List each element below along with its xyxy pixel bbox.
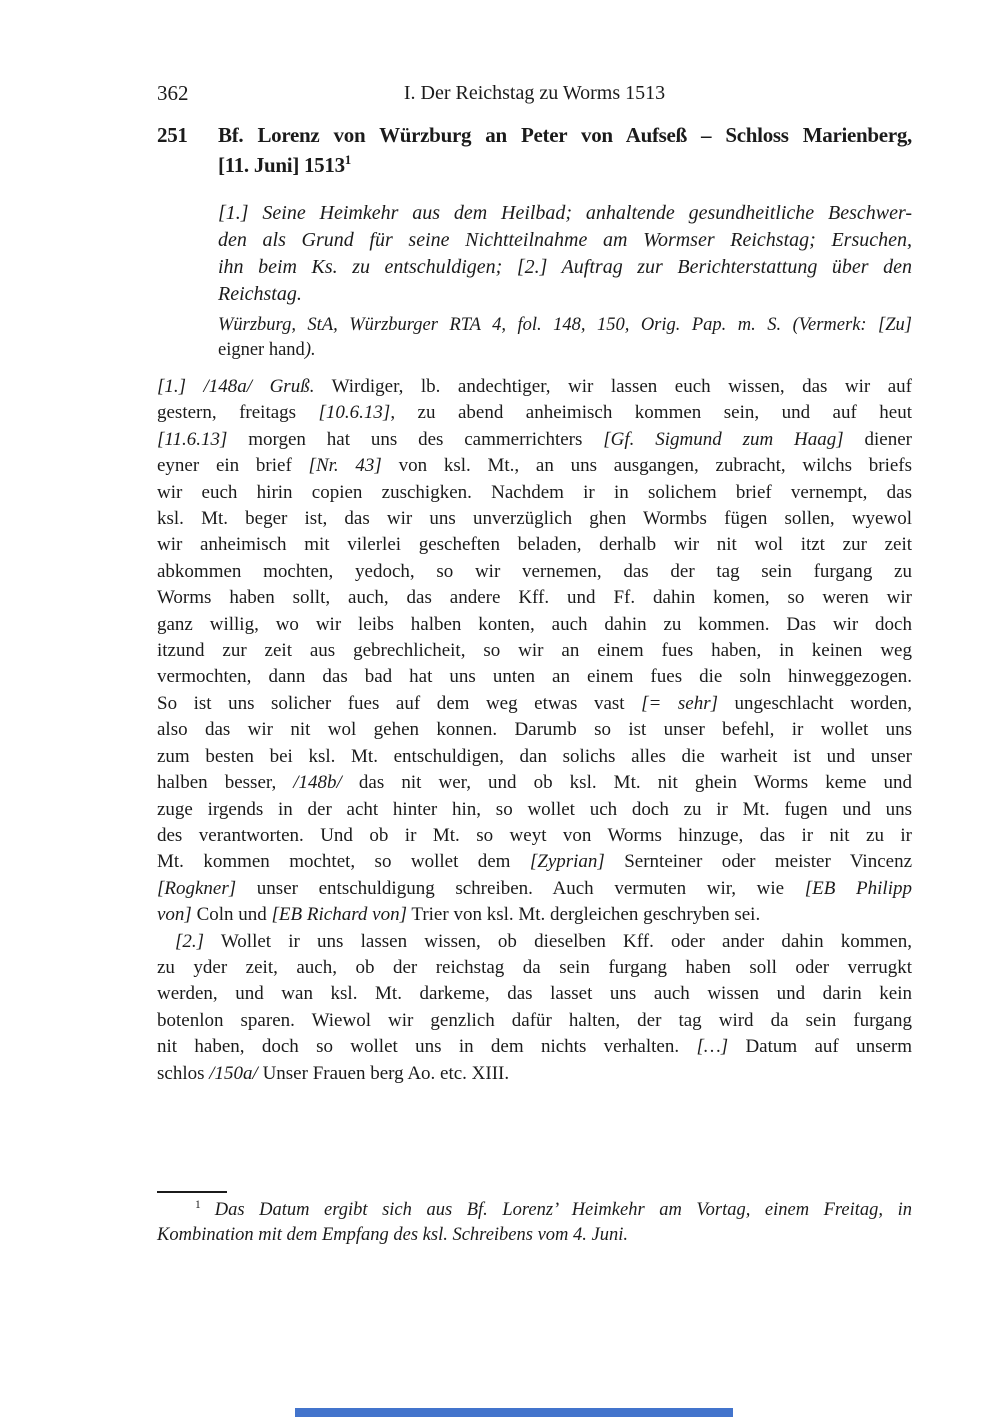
footnote-separator — [157, 1191, 227, 1193]
text-line: ganz willig, wo wir leibs halben konten,… — [157, 612, 912, 638]
letter-paragraph-1: [1.] /148a/ Gruß. Wirdiger, lb. andechti… — [157, 374, 912, 929]
entry-title: Bf. Lorenz von Würzburg an Peter von Auf… — [218, 120, 912, 180]
text-line: Würzburg, StA, Würzburger RTA 4, fol. 14… — [218, 313, 912, 338]
entry-title-row: 251 Bf. Lorenz von Würzburg an Peter von… — [157, 120, 912, 180]
text-line: [1.] Seine Heimkehr aus dem Heilbad; anh… — [218, 200, 912, 227]
text-line: halben besser, /148b/ das nit wer, und o… — [157, 770, 912, 796]
book-page: 362 I. Der Reichstag zu Worms 1513 251 B… — [0, 0, 1004, 1418]
text-line: itzund zur zeit aus gebrechlicheit, so w… — [157, 638, 912, 664]
bottom-progress-bar — [295, 1408, 733, 1417]
text-line: des verantworten. Und ob ir Mt. so weyt … — [157, 823, 912, 849]
text-line: [2.] Wollet ir uns lassen wissen, ob die… — [157, 929, 912, 955]
text-line: zum besten bei ksl. Mt. entschuldigen, d… — [157, 744, 912, 770]
entry-summary: [1.] Seine Heimkehr aus dem Heilbad; anh… — [218, 200, 912, 308]
text-line: zu yder zeit, auch, ob der reichstag da … — [157, 955, 912, 981]
text-line: botenlon sparen. Wiewol wir genzlich daf… — [157, 1008, 912, 1034]
text-line: den als Grund für seine Nichtteilnahme a… — [218, 227, 912, 254]
text-line: 1Das Datum ergibt sich aus Bf. Lorenz’ H… — [157, 1198, 912, 1223]
footnote: 1Das Datum ergibt sich aus Bf. Lorenz’ H… — [157, 1198, 912, 1248]
text-line: vermochten, dann das bad hat uns unten a… — [157, 664, 912, 690]
text-line: [Rogkner] unser entschuldigung schreiben… — [157, 876, 912, 902]
text-line: nit haben, doch so wollet uns in dem nic… — [157, 1034, 912, 1060]
text-line: ihn beim Ks. zu entschuldigen; [2.] Auft… — [218, 254, 912, 281]
text-line: eyner ein brief [Nr. 43] von ksl. Mt., a… — [157, 453, 912, 479]
text-line: schlos /150a/ Unser Frauen berg Ao. etc.… — [157, 1061, 912, 1087]
page-header: 362 I. Der Reichstag zu Worms 1513 — [157, 80, 912, 106]
text-line: eigner hand). — [218, 338, 912, 363]
page-number: 362 — [157, 80, 189, 106]
text-line: abkommen mochten, yedoch, so wir verneme… — [157, 559, 912, 585]
text-line: Mt. kommen mochtet, so wollet dem [Zypri… — [157, 849, 912, 875]
text-line: Bf. Lorenz von Würzburg an Peter von Auf… — [218, 120, 912, 150]
text-line: So ist uns solicher fues auf dem weg etw… — [157, 691, 912, 717]
text-line: Reichstag. — [218, 281, 912, 308]
text-line: ksl. Mt. beger ist, das wir uns unverzüg… — [157, 506, 912, 532]
text-line: werden, und wan ksl. Mt. darkeme, das la… — [157, 981, 912, 1007]
text-line: [11. Juni] 15131 — [218, 150, 912, 180]
text-line: [1.] /148a/ Gruß. Wirdiger, lb. andechti… — [157, 374, 912, 400]
text-line: Kombination mit dem Empfang des ksl. Sch… — [157, 1223, 912, 1248]
text-line: gestern, freitags [10.6.13], zu abend an… — [157, 400, 912, 426]
text-line: also das wir nit wol gehen konnen. Darum… — [157, 717, 912, 743]
letter-paragraph-2: [2.] Wollet ir uns lassen wissen, ob die… — [157, 929, 912, 1087]
text-line: von] Coln und [EB Richard von] Trier von… — [157, 902, 912, 928]
letter-body: [1.] /148a/ Gruß. Wirdiger, lb. andechti… — [157, 374, 912, 1087]
text-line: wir euch hirin copien zuschigken. Nachde… — [157, 480, 912, 506]
entry-number: 251 — [157, 120, 218, 180]
text-line: wir anheimisch mit vilerlei gescheften b… — [157, 532, 912, 558]
text-line: Worms haben sollt, auch, das andere Kff.… — [157, 585, 912, 611]
entry-source-note: Würzburg, StA, Würzburger RTA 4, fol. 14… — [218, 313, 912, 363]
running-header: I. Der Reichstag zu Worms 1513 — [157, 80, 912, 106]
text-line: zuge irgends in der acht hinter hin, so … — [157, 797, 912, 823]
text-line: [11.6.13] morgen hat uns des cammerricht… — [157, 427, 912, 453]
